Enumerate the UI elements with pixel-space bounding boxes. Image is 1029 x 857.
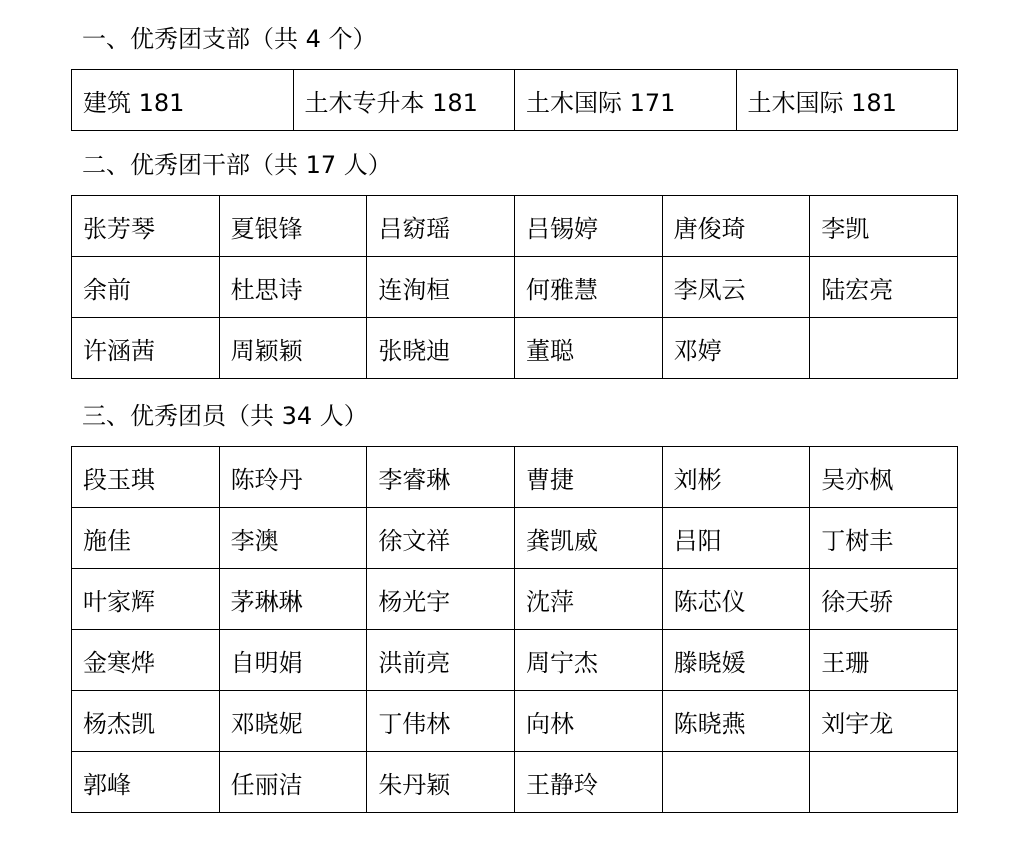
table-cell: 徐天骄 <box>810 569 958 630</box>
table-cell: 自明娟 <box>219 630 367 691</box>
table-cell: 夏银锋 <box>219 196 367 257</box>
table-cell: 土木国际 181 <box>736 70 958 131</box>
excellent-branches-table: 建筑 181 土木专升本 181 土木国际 171 土木国际 181 <box>71 69 958 131</box>
table-row: 段玉琪 陈玲丹 李睿琳 曹捷 刘彬 吴亦枫 <box>72 447 958 508</box>
table-cell: 杨光宇 <box>367 569 515 630</box>
table-cell: 陈芯仪 <box>662 569 810 630</box>
table-cell: 沈萍 <box>514 569 662 630</box>
table-cell: 建筑 181 <box>72 70 294 131</box>
table-cell: 土木专升本 181 <box>293 70 515 131</box>
table-cell <box>662 752 810 813</box>
table-row: 杨杰凯 邓晓妮 丁伟林 向林 陈晓燕 刘宇龙 <box>72 691 958 752</box>
table-row: 施佳 李澳 徐文祥 龚凯威 吕阳 丁树丰 <box>72 508 958 569</box>
table-row: 许涵茜 周颖颖 张晓迪 董聪 邓婷 <box>72 318 958 379</box>
table-cell: 叶家辉 <box>72 569 220 630</box>
table-cell: 陈玲丹 <box>219 447 367 508</box>
table-cell: 龚凯威 <box>514 508 662 569</box>
section-heading-excellent-members: 三、优秀团员（共 34 人） <box>82 401 368 431</box>
table-cell: 徐文祥 <box>367 508 515 569</box>
table-cell: 陆宏亮 <box>810 257 958 318</box>
table-row: 张芳琴 夏银锋 吕窈瑶 吕锡婷 唐俊琦 李凯 <box>72 196 958 257</box>
table-cell: 连洵桓 <box>367 257 515 318</box>
table-cell: 曹捷 <box>514 447 662 508</box>
table-cell: 向林 <box>514 691 662 752</box>
table-row: 郭峰 任丽洁 朱丹颖 王静玲 <box>72 752 958 813</box>
table-cell: 李澳 <box>219 508 367 569</box>
table-cell: 许涵茜 <box>72 318 220 379</box>
table-cell: 张芳琴 <box>72 196 220 257</box>
table-cell: 金寒烨 <box>72 630 220 691</box>
table-cell: 茅琳琳 <box>219 569 367 630</box>
table-cell: 邓婷 <box>662 318 810 379</box>
table-cell: 吕窈瑶 <box>367 196 515 257</box>
table-cell: 朱丹颖 <box>367 752 515 813</box>
table-row: 叶家辉 茅琳琳 杨光宇 沈萍 陈芯仪 徐天骄 <box>72 569 958 630</box>
table-cell: 吕阳 <box>662 508 810 569</box>
table-cell: 吴亦枫 <box>810 447 958 508</box>
table-cell: 李凯 <box>810 196 958 257</box>
section-heading-excellent-branches: 一、优秀团支部（共 4 个） <box>82 24 377 54</box>
table-cell: 周颖颖 <box>219 318 367 379</box>
table-row: 金寒烨 自明娟 洪前亮 周宁杰 滕晓媛 王珊 <box>72 630 958 691</box>
table-cell: 滕晓媛 <box>662 630 810 691</box>
table-cell: 段玉琪 <box>72 447 220 508</box>
table-cell: 杨杰凯 <box>72 691 220 752</box>
table-cell: 丁树丰 <box>810 508 958 569</box>
table-cell: 洪前亮 <box>367 630 515 691</box>
excellent-cadres-table: 张芳琴 夏银锋 吕窈瑶 吕锡婷 唐俊琦 李凯 余前 杜思诗 连洵桓 何雅慧 李凤… <box>71 195 958 379</box>
table-cell: 周宁杰 <box>514 630 662 691</box>
excellent-members-table: 段玉琪 陈玲丹 李睿琳 曹捷 刘彬 吴亦枫 施佳 李澳 徐文祥 龚凯威 吕阳 丁… <box>71 446 958 813</box>
table-cell: 吕锡婷 <box>514 196 662 257</box>
table-cell: 丁伟林 <box>367 691 515 752</box>
table-cell: 杜思诗 <box>219 257 367 318</box>
table-cell: 王静玲 <box>514 752 662 813</box>
table-cell: 何雅慧 <box>514 257 662 318</box>
table-row: 建筑 181 土木专升本 181 土木国际 171 土木国际 181 <box>72 70 958 131</box>
table-cell: 任丽洁 <box>219 752 367 813</box>
table-cell: 郭峰 <box>72 752 220 813</box>
table-cell: 余前 <box>72 257 220 318</box>
table-cell <box>810 318 958 379</box>
table-cell: 刘宇龙 <box>810 691 958 752</box>
table-cell: 张晓迪 <box>367 318 515 379</box>
table-cell: 刘彬 <box>662 447 810 508</box>
table-row: 余前 杜思诗 连洵桓 何雅慧 李凤云 陆宏亮 <box>72 257 958 318</box>
table-cell: 王珊 <box>810 630 958 691</box>
table-cell: 邓晓妮 <box>219 691 367 752</box>
table-cell: 陈晓燕 <box>662 691 810 752</box>
table-cell: 施佳 <box>72 508 220 569</box>
table-cell <box>810 752 958 813</box>
table-cell: 唐俊琦 <box>662 196 810 257</box>
table-cell: 李睿琳 <box>367 447 515 508</box>
section-heading-excellent-cadres: 二、优秀团干部（共 17 人） <box>82 150 392 180</box>
table-cell: 土木国际 171 <box>515 70 737 131</box>
table-cell: 董聪 <box>514 318 662 379</box>
table-cell: 李凤云 <box>662 257 810 318</box>
